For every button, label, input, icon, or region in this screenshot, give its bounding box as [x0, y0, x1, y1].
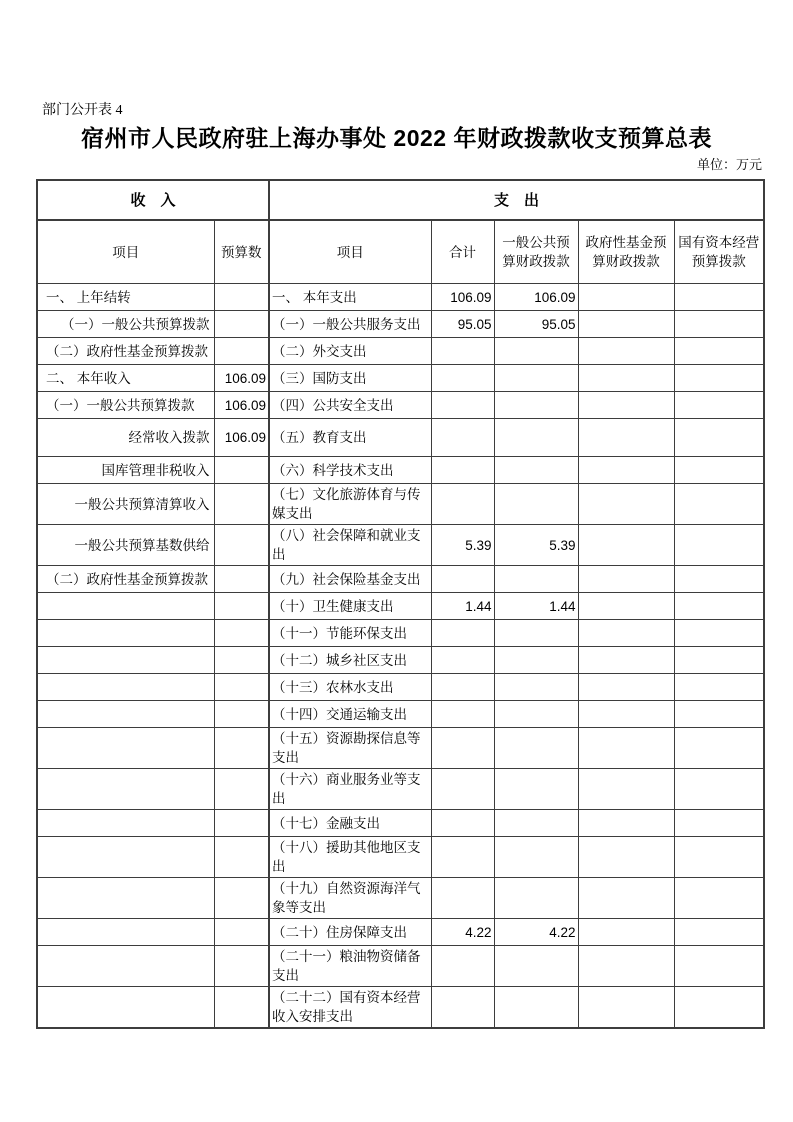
exp-item-cell: （五）教育支出 [269, 419, 431, 457]
income-budget-cell [214, 769, 269, 810]
exp-capital-cell [674, 728, 764, 769]
exp-capital-cell [674, 769, 764, 810]
exp-capital-cell [674, 311, 764, 338]
page-title: 宿州市人民政府驻上海办事处 2022 年财政拨款收支预算总表 [0, 120, 793, 153]
income-budget-cell [214, 810, 269, 837]
income-item-cell: （二）政府性基金预算拨款 [37, 566, 214, 593]
exp-total-cell [431, 674, 494, 701]
exp-total-cell [431, 457, 494, 484]
exp-fund-cell [578, 620, 674, 647]
income-item-cell: 二、 本年收入 [37, 365, 214, 392]
exp-capital-cell [674, 566, 764, 593]
income-item-cell: （一）一般公共预算拨款 [37, 392, 214, 419]
exp-item-cell: （十）卫生健康支出 [269, 593, 431, 620]
exp-total-cell: 1.44 [431, 593, 494, 620]
exp-capital-cell [674, 919, 764, 946]
exp-fund-cell [578, 674, 674, 701]
income-budget-cell: 106.09 [214, 365, 269, 392]
table-row: （十四）交通运输支出 [37, 701, 764, 728]
income-item-cell [37, 810, 214, 837]
income-item-cell [37, 987, 214, 1029]
exp-capital-cell [674, 419, 764, 457]
income-budget-cell [214, 620, 269, 647]
exp-fund-cell [578, 311, 674, 338]
exp-item-cell: （十九）自然资源海洋气象等支出 [269, 878, 431, 919]
exp-general-cell [494, 837, 578, 878]
exp-capital-cell [674, 392, 764, 419]
table-row: （一）一般公共预算拨款106.09（四）公共安全支出 [37, 392, 764, 419]
exp-fund-cell [578, 457, 674, 484]
exp-total-cell [431, 419, 494, 457]
table-row: 一、 上年结转一、 本年支出106.09106.09 [37, 284, 764, 311]
income-item-cell [37, 769, 214, 810]
exp-general-cell: 95.05 [494, 311, 578, 338]
exp-general-cell [494, 674, 578, 701]
exp-general-cell: 4.22 [494, 919, 578, 946]
exp-general-cell [494, 701, 578, 728]
exp-item-cell: （十四）交通运输支出 [269, 701, 431, 728]
exp-general-cell [494, 878, 578, 919]
income-budget-cell [214, 674, 269, 701]
exp-fund-cell [578, 365, 674, 392]
exp-total-cell [431, 566, 494, 593]
income-budget-cell [214, 701, 269, 728]
income-item-cell: 一、 上年结转 [37, 284, 214, 311]
page: 部门公开表 4 宿州市人民政府驻上海办事处 2022 年财政拨款收支预算总表 单… [0, 0, 793, 1122]
exp-capital-cell [674, 987, 764, 1029]
exp-total-cell [431, 365, 494, 392]
income-budget-cell [214, 566, 269, 593]
exp-total-cell [431, 837, 494, 878]
exp-total-cell [431, 701, 494, 728]
exp-item-cell: （四）公共安全支出 [269, 392, 431, 419]
exp-item-cell: （十三）农林水支出 [269, 674, 431, 701]
exp-total-cell [431, 769, 494, 810]
exp-fund-cell [578, 769, 674, 810]
table-row: （一）一般公共预算拨款（一）一般公共服务支出95.0595.05 [37, 311, 764, 338]
table-row: （十二）城乡社区支出 [37, 647, 764, 674]
exp-fund-cell [578, 878, 674, 919]
exp-fund-cell [578, 728, 674, 769]
exp-total-cell [431, 484, 494, 525]
exp-fund-cell [578, 987, 674, 1029]
income-budget-cell [214, 647, 269, 674]
income-item-cell: 一般公共预算清算收入 [37, 484, 214, 525]
exp-capital-cell [674, 284, 764, 311]
exp-item-cell: （二十一）粮油物资储备支出 [269, 946, 431, 987]
table-row: （十一）节能环保支出 [37, 620, 764, 647]
income-item-cell: （二）政府性基金预算拨款 [37, 338, 214, 365]
exp-general-cell [494, 484, 578, 525]
exp-total-cell: 106.09 [431, 284, 494, 311]
exp-capital-cell [674, 946, 764, 987]
table-row: 二、 本年收入106.09（三）国防支出 [37, 365, 764, 392]
exp-capital-cell [674, 647, 764, 674]
table-row: （二十一）粮油物资储备支出 [37, 946, 764, 987]
income-budget-cell [214, 484, 269, 525]
exp-fund-cell [578, 392, 674, 419]
table-header: 收 入 支 出 项目 预算数 项目 合计 一般公共预算财政拨款 政府性基金预算财… [37, 180, 764, 284]
exp-fund-cell [578, 946, 674, 987]
exp-capital-cell [674, 365, 764, 392]
income-budget-cell [214, 987, 269, 1029]
income-budget-cell [214, 728, 269, 769]
budget-table: 收 入 支 出 项目 预算数 项目 合计 一般公共预算财政拨款 政府性基金预算财… [36, 179, 765, 1029]
table-row: （二）政府性基金预算拨款（二）外交支出 [37, 338, 764, 365]
income-budget-cell [214, 946, 269, 987]
col-header-exp-general: 一般公共预算财政拨款 [494, 220, 578, 284]
table-row: （二十）住房保障支出4.224.22 [37, 919, 764, 946]
exp-fund-cell [578, 525, 674, 566]
income-item-cell [37, 919, 214, 946]
table-row: 国库管理非税收入（六）科学技术支出 [37, 457, 764, 484]
exp-total-cell [431, 878, 494, 919]
exp-fund-cell [578, 566, 674, 593]
exp-general-cell: 106.09 [494, 284, 578, 311]
income-item-cell [37, 878, 214, 919]
table-row: （二十二）国有资本经营收入安排支出 [37, 987, 764, 1029]
exp-total-cell [431, 810, 494, 837]
col-header-exp-total: 合计 [431, 220, 494, 284]
exp-total-cell: 4.22 [431, 919, 494, 946]
exp-capital-cell [674, 484, 764, 525]
exp-item-cell: （十六）商业服务业等支出 [269, 769, 431, 810]
income-item-cell [37, 620, 214, 647]
exp-capital-cell [674, 338, 764, 365]
exp-capital-cell [674, 837, 764, 878]
exp-total-cell: 95.05 [431, 311, 494, 338]
table-body: 一、 上年结转一、 本年支出106.09106.09（一）一般公共预算拨款（一）… [37, 284, 764, 1029]
exp-total-cell [431, 620, 494, 647]
exp-general-cell [494, 338, 578, 365]
exp-total-cell [431, 946, 494, 987]
income-item-cell [37, 728, 214, 769]
exp-general-cell [494, 419, 578, 457]
exp-general-cell [494, 620, 578, 647]
table-row: 一般公共预算清算收入（七）文化旅游体育与传媒支出 [37, 484, 764, 525]
exp-total-cell [431, 392, 494, 419]
exp-item-cell: （三）国防支出 [269, 365, 431, 392]
exp-general-cell [494, 810, 578, 837]
exp-capital-cell [674, 525, 764, 566]
income-item-cell [37, 674, 214, 701]
exp-fund-cell [578, 647, 674, 674]
exp-fund-cell [578, 810, 674, 837]
exp-item-cell: （二）外交支出 [269, 338, 431, 365]
table-row: （十六）商业服务业等支出 [37, 769, 764, 810]
exp-general-cell [494, 769, 578, 810]
exp-capital-cell [674, 593, 764, 620]
income-item-cell: 一般公共预算基数供给 [37, 525, 214, 566]
exp-general-cell [494, 647, 578, 674]
exp-general-cell [494, 946, 578, 987]
table-row: （十）卫生健康支出1.441.44 [37, 593, 764, 620]
unit-note: 单位：万元 [697, 154, 762, 173]
exp-total-cell [431, 728, 494, 769]
exp-general-cell [494, 457, 578, 484]
exp-item-cell: （十一）节能环保支出 [269, 620, 431, 647]
exp-general-cell [494, 365, 578, 392]
exp-general-cell: 1.44 [494, 593, 578, 620]
exp-capital-cell [674, 620, 764, 647]
income-budget-cell [214, 457, 269, 484]
exp-general-cell [494, 728, 578, 769]
exp-fund-cell [578, 419, 674, 457]
exp-fund-cell [578, 593, 674, 620]
exp-item-cell: （八）社会保障和就业支出 [269, 525, 431, 566]
exp-fund-cell [578, 919, 674, 946]
exp-item-cell: （十五）资源勘探信息等支出 [269, 728, 431, 769]
col-header-income-budget: 预算数 [214, 220, 269, 284]
exp-item-cell: （七）文化旅游体育与传媒支出 [269, 484, 431, 525]
table-row: （十三）农林水支出 [37, 674, 764, 701]
exp-total-cell [431, 338, 494, 365]
exp-item-cell: （九）社会保险基金支出 [269, 566, 431, 593]
exp-total-cell [431, 647, 494, 674]
exp-fund-cell [578, 338, 674, 365]
income-budget-cell [214, 878, 269, 919]
exp-item-cell: （十八）援助其他地区支出 [269, 837, 431, 878]
exp-general-cell [494, 987, 578, 1029]
income-budget-cell [214, 338, 269, 365]
exp-fund-cell [578, 284, 674, 311]
exp-fund-cell [578, 484, 674, 525]
exp-item-cell: （二十二）国有资本经营收入安排支出 [269, 987, 431, 1029]
income-budget-cell [214, 837, 269, 878]
exp-item-cell: （十七）金融支出 [269, 810, 431, 837]
income-budget-cell [214, 593, 269, 620]
expenditure-section-header: 支 出 [269, 180, 764, 220]
exp-general-cell [494, 566, 578, 593]
exp-item-cell: （六）科学技术支出 [269, 457, 431, 484]
col-header-exp-capital: 国有资本经营预算拨款 [674, 220, 764, 284]
income-item-cell: 国库管理非税收入 [37, 457, 214, 484]
table-row: （二）政府性基金预算拨款（九）社会保险基金支出 [37, 566, 764, 593]
income-item-cell [37, 701, 214, 728]
income-section-header: 收 入 [37, 180, 269, 220]
income-budget-cell: 106.09 [214, 419, 269, 457]
form-label: 部门公开表 4 [42, 99, 123, 119]
col-header-income-item: 项目 [37, 220, 214, 284]
exp-capital-cell [674, 810, 764, 837]
exp-capital-cell [674, 878, 764, 919]
exp-total-cell [431, 987, 494, 1029]
col-header-exp-item: 项目 [269, 220, 431, 284]
exp-capital-cell [674, 701, 764, 728]
income-item-cell [37, 837, 214, 878]
table-row: （十七）金融支出 [37, 810, 764, 837]
exp-fund-cell [578, 837, 674, 878]
income-item-cell [37, 593, 214, 620]
income-budget-cell [214, 311, 269, 338]
table-row: （十九）自然资源海洋气象等支出 [37, 878, 764, 919]
table-row: （十五）资源勘探信息等支出 [37, 728, 764, 769]
exp-capital-cell [674, 457, 764, 484]
exp-item-cell: 一、 本年支出 [269, 284, 431, 311]
income-budget-cell: 106.09 [214, 392, 269, 419]
exp-general-cell [494, 392, 578, 419]
table-row: 经常收入拨款106.09（五）教育支出 [37, 419, 764, 457]
income-budget-cell [214, 525, 269, 566]
income-item-cell: （一）一般公共预算拨款 [37, 311, 214, 338]
income-budget-cell [214, 919, 269, 946]
exp-item-cell: （一）一般公共服务支出 [269, 311, 431, 338]
income-item-cell [37, 946, 214, 987]
exp-capital-cell [674, 674, 764, 701]
exp-item-cell: （十二）城乡社区支出 [269, 647, 431, 674]
exp-fund-cell [578, 701, 674, 728]
exp-item-cell: （二十）住房保障支出 [269, 919, 431, 946]
table-row: 一般公共预算基数供给（八）社会保障和就业支出5.395.39 [37, 525, 764, 566]
col-header-exp-fund: 政府性基金预算财政拨款 [578, 220, 674, 284]
exp-total-cell: 5.39 [431, 525, 494, 566]
income-item-cell: 经常收入拨款 [37, 419, 214, 457]
income-budget-cell [214, 284, 269, 311]
table-row: （十八）援助其他地区支出 [37, 837, 764, 878]
exp-general-cell: 5.39 [494, 525, 578, 566]
income-item-cell [37, 647, 214, 674]
